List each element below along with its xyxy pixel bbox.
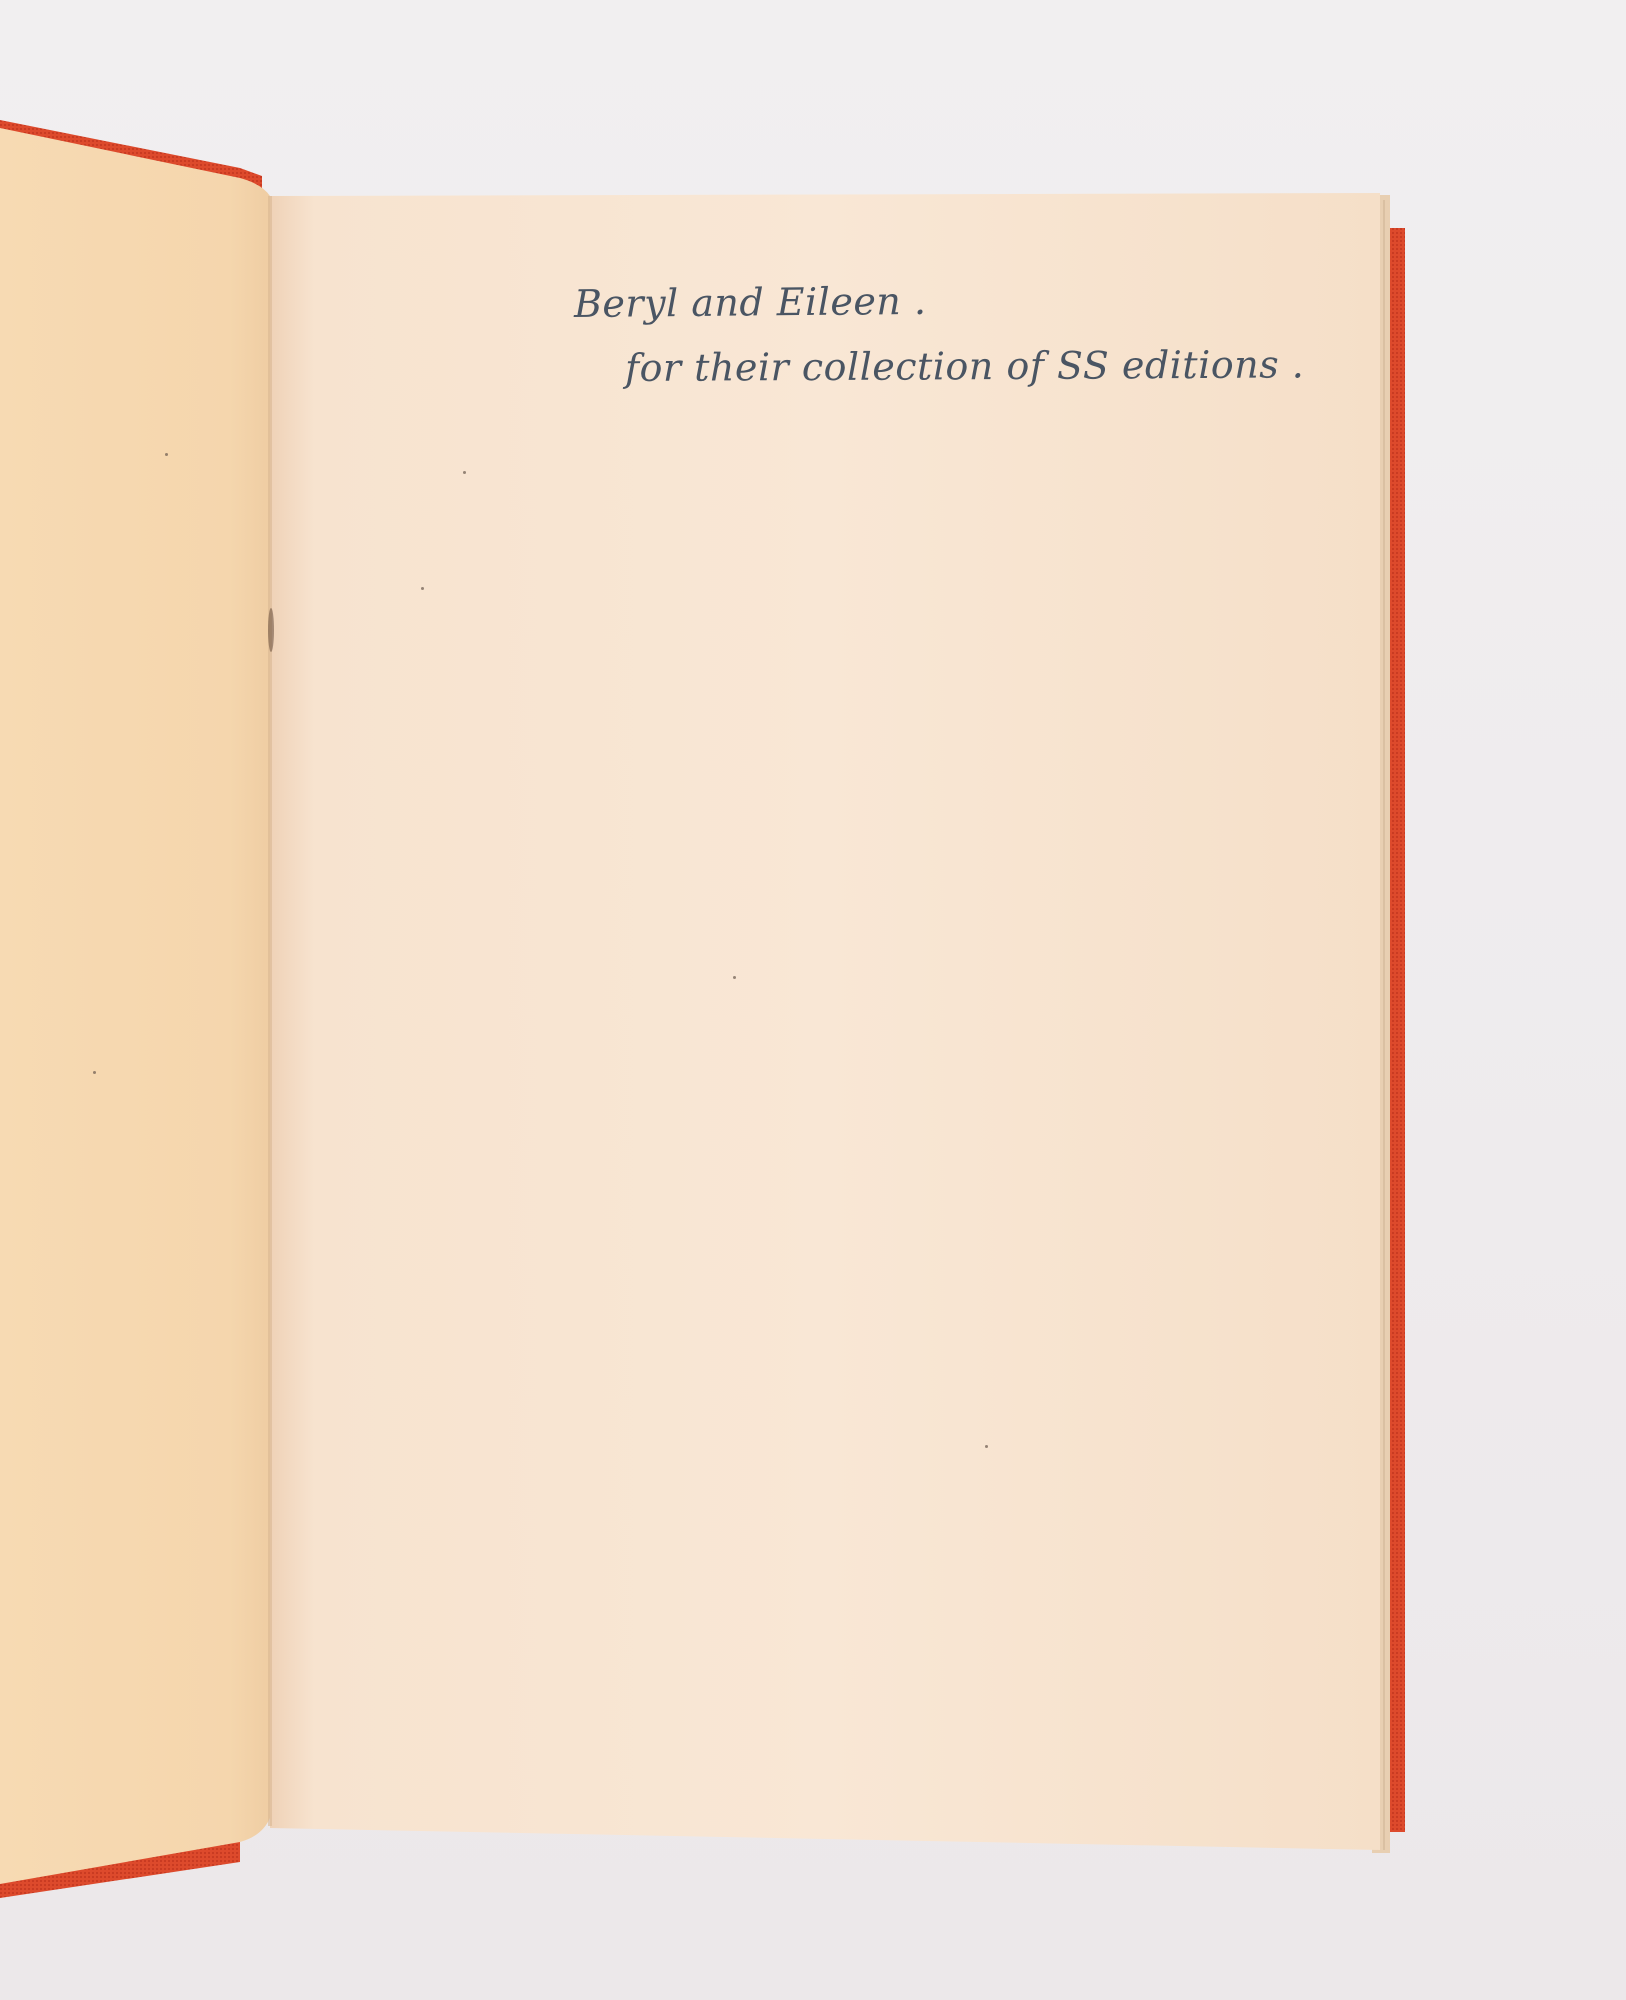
paper-speck xyxy=(165,453,168,456)
inscription-line-1: Beryl and Eileen . xyxy=(574,279,927,326)
inscription-line-2: for their collection of SS editions . xyxy=(625,342,1305,390)
right-flyleaf xyxy=(270,193,1380,1850)
paper-speck xyxy=(421,587,424,590)
left-endpaper xyxy=(0,128,270,1884)
gutter xyxy=(268,196,272,1826)
cover-edge-right xyxy=(1388,228,1405,1832)
paper-speck xyxy=(733,976,736,979)
paper-speck xyxy=(985,1445,988,1448)
book-photo: Beryl and Eileen . for their collection … xyxy=(0,0,1626,2000)
paper-speck xyxy=(93,1071,96,1074)
paper-speck xyxy=(463,471,466,474)
